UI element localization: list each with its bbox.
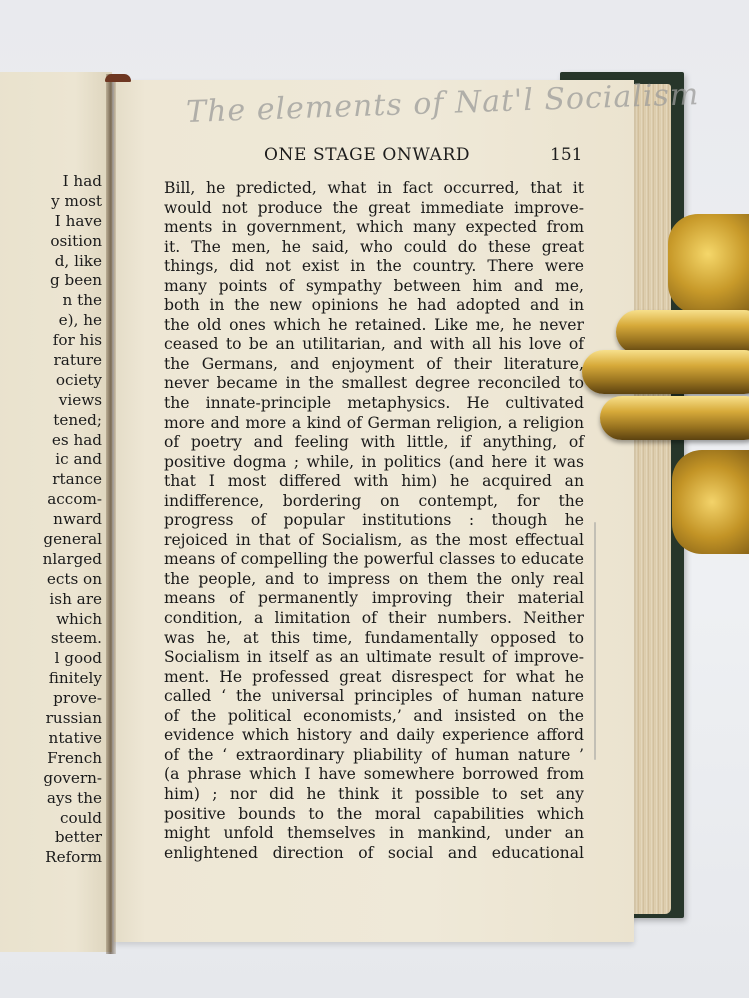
text-line: Socialism in itself as an ultimate resul… — [164, 648, 584, 668]
text-line: that I most differed with him) he acquir… — [164, 472, 584, 492]
text-line: would not produce the great immediate im… — [164, 199, 584, 219]
left-page-line: n the — [0, 291, 102, 311]
text-line: both in the new opinions he had adopted … — [164, 296, 584, 316]
bookmark-ribbon — [105, 74, 131, 82]
text-line: of poetry and feeling with little, if an… — [164, 433, 584, 453]
page-number: 151 — [550, 145, 582, 165]
text-line: condition, a limitation of their numbers… — [164, 609, 584, 629]
clip-finger — [600, 396, 749, 440]
left-page-line: prove- — [0, 689, 102, 709]
left-page-line: accom- — [0, 490, 102, 510]
left-page-line: general — [0, 530, 102, 550]
left-page-line: d, like — [0, 252, 102, 272]
text-line: the Germans, and enjoyment of their lite… — [164, 355, 584, 375]
left-page-line: rature — [0, 351, 102, 371]
text-line: the old ones which he retained. Like me,… — [164, 316, 584, 336]
text-line: ments in government, which many expected… — [164, 218, 584, 238]
left-page-line: ntative — [0, 729, 102, 749]
text-line: it. The men, he said, who could do these… — [164, 238, 584, 258]
text-line: Bill, he predicted, what in fact occurre… — [164, 179, 584, 199]
left-page-line: ociety — [0, 371, 102, 391]
text-line: never became in the smallest degree reco… — [164, 374, 584, 394]
text-line: the people, and to impress on them the o… — [164, 570, 584, 590]
text-line: ment. He professed great disrespect for … — [164, 668, 584, 688]
text-line: things, did not exist in the country. Th… — [164, 257, 584, 277]
book-gutter — [106, 74, 116, 954]
text-line: positive dogma ; while, in politics (and… — [164, 453, 584, 473]
text-line: the innate-principle metaphysics. He cul… — [164, 394, 584, 414]
left-page-line: y most — [0, 192, 102, 212]
clip-ornament-top — [668, 214, 749, 314]
pencil-margin-mark — [594, 522, 596, 760]
clip-finger — [616, 310, 749, 354]
text-line: was he, at this time, fundamentally oppo… — [164, 629, 584, 649]
text-line: him) ; nor did he think it possible to s… — [164, 785, 584, 805]
text-line: of the ‘ extraordinary pliability of hum… — [164, 746, 584, 766]
left-page-line: e), he — [0, 311, 102, 331]
left-page-line: g been — [0, 271, 102, 291]
text-line: means of compelling the powerful classes… — [164, 550, 584, 570]
left-page-line: better — [0, 828, 102, 848]
text-line: might unfold themselves in mankind, unde… — [164, 824, 584, 844]
text-line: called ‘ the universal principles of hum… — [164, 687, 584, 707]
left-page-line: steem. — [0, 629, 102, 649]
left-page-line: Reform — [0, 848, 102, 868]
left-page-line: which — [0, 610, 102, 630]
left-page: I hady mostI haveositiond, likeg beenn t… — [0, 72, 112, 952]
text-line: of the political economists,’ and insist… — [164, 707, 584, 727]
left-page-line: l good — [0, 649, 102, 669]
running-head: ONE STAGE ONWARD — [264, 145, 470, 165]
clip-ornament-bottom — [672, 450, 749, 554]
left-page-line: govern- — [0, 769, 102, 789]
left-page-line: osition — [0, 232, 102, 252]
text-line: enlightened direction of social and educ… — [164, 844, 584, 864]
text-line: means of permanently improving their mat… — [164, 589, 584, 609]
body-text: Bill, he predicted, what in fact occurre… — [164, 179, 584, 863]
text-line: more and more a kind of German religion,… — [164, 414, 584, 434]
text-line: rejoiced in that of Socialism, as the mo… — [164, 531, 584, 551]
left-page-line: ects on — [0, 570, 102, 590]
book-photo: I hady mostI haveositiond, likeg beenn t… — [0, 0, 749, 998]
left-page-line: russian — [0, 709, 102, 729]
text-line: indifference, bordering on contempt, for… — [164, 492, 584, 512]
left-page-line: nlarged — [0, 550, 102, 570]
text-line: ceased to be an utilitarian, and with al… — [164, 335, 584, 355]
clip-finger — [582, 350, 749, 394]
text-line: (a phrase which I have somewhere borrowe… — [164, 765, 584, 785]
text-line: progress of popular institutions : thoug… — [164, 511, 584, 531]
brass-page-clip — [582, 214, 749, 554]
left-page-text: I hady mostI haveositiond, likeg beenn t… — [0, 172, 102, 868]
text-line: positive bounds to the moral capabilitie… — [164, 805, 584, 825]
text-line: evidence which history and daily experie… — [164, 726, 584, 746]
left-page-line: for his — [0, 331, 102, 351]
text-line: many points of sympathy between him and … — [164, 277, 584, 297]
left-page-line: finitely — [0, 669, 102, 689]
left-page-line: nward — [0, 510, 102, 530]
left-page-line: ays the — [0, 789, 102, 809]
left-page-line: could — [0, 809, 102, 829]
left-page-line: French — [0, 749, 102, 769]
left-page-line: tened; — [0, 411, 102, 431]
left-page-line: ish are — [0, 590, 102, 610]
left-page-line: views — [0, 391, 102, 411]
left-page-line: rtance — [0, 470, 102, 490]
left-page-line: es had — [0, 431, 102, 451]
left-page-line: ic and — [0, 450, 102, 470]
left-page-line: I had — [0, 172, 102, 192]
left-page-line: I have — [0, 212, 102, 232]
